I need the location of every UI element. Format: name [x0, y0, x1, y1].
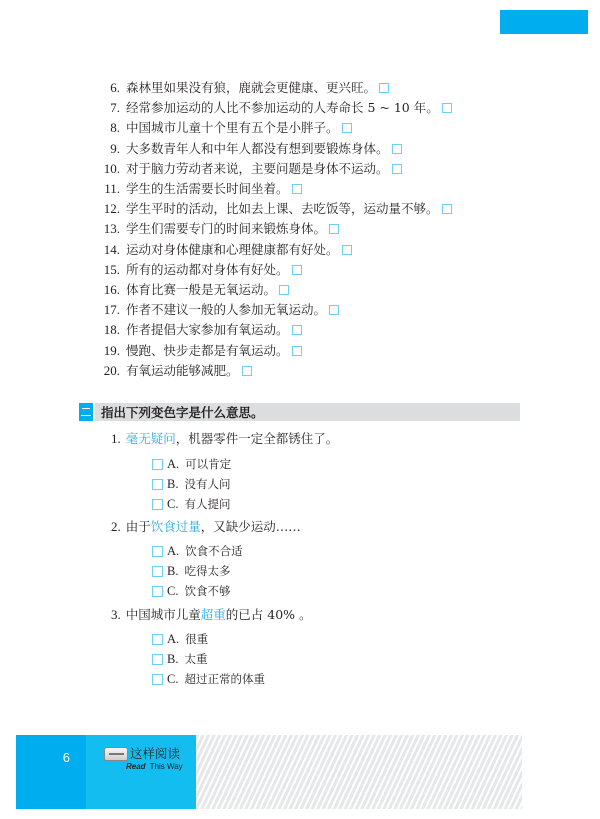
list-item: 8.中国城市儿童十个里有五个是小胖子。 [96, 118, 452, 138]
question-1: 1.毫无疑问，机器零件一定全都锈住了。 [111, 429, 338, 447]
list-item: 14.运动对身体健康和心理健康都有好处。 [96, 240, 452, 260]
option-a[interactable]: A.很重 [152, 631, 208, 647]
page-footer: 6 这样阅读 Read This Way [16, 735, 522, 809]
option-checkbox[interactable] [152, 674, 163, 685]
answer-checkbox[interactable] [242, 366, 252, 376]
option-checkbox[interactable] [152, 459, 163, 470]
answer-checkbox[interactable] [342, 245, 352, 255]
answer-checkbox[interactable] [379, 83, 389, 93]
option-a[interactable]: A.饮食不合适 [152, 543, 243, 559]
option-b[interactable]: B.太重 [152, 651, 207, 667]
list-item: 15.所有的运动都对身体有好处。 [96, 260, 452, 280]
option-checkbox[interactable] [152, 654, 163, 665]
answer-checkbox[interactable] [292, 346, 302, 356]
option-c[interactable]: C.超过正常的体重 [152, 671, 265, 687]
option-checkbox[interactable] [152, 566, 163, 577]
answer-checkbox[interactable] [442, 103, 452, 113]
answer-checkbox[interactable] [292, 184, 302, 194]
list-item: 9.大多数青年人和中年人都没有想到要锻炼身体。 [96, 139, 452, 159]
option-b[interactable]: B.吃得太多 [152, 563, 230, 579]
list-item: 11.学生的生活需要长时间坐着。 [96, 179, 452, 199]
answer-checkbox[interactable] [442, 204, 452, 214]
option-checkbox[interactable] [152, 479, 163, 490]
answer-checkbox[interactable] [392, 164, 402, 174]
list-item: 13.学生们需要专门的时间来锻炼身体。 [96, 219, 452, 239]
option-checkbox[interactable] [152, 634, 163, 645]
list-item: 10.对于脑力劳动者来说，主要问题是身体不运动。 [96, 159, 452, 179]
question-3: 3.中国城市儿童超重的已占 40% 。 [111, 605, 312, 623]
list-item: 7.经常参加运动的人比不参加运动的人寿命长 5 ~ 10 年。 [96, 98, 452, 118]
answer-checkbox[interactable] [329, 305, 339, 315]
top-color-tab [500, 10, 588, 34]
section-title: 指出下列变色字是什么意思。 [95, 403, 520, 421]
brand-title-cn: 这样阅读 [130, 744, 180, 762]
true-false-list: 6.森林里如果没有狼，鹿就会更健康、更兴旺。 7.经常参加运动的人比不参加运动的… [96, 78, 452, 381]
answer-checkbox[interactable] [292, 325, 302, 335]
answer-checkbox[interactable] [279, 285, 289, 295]
question-2: 2.由于饮食过量，又缺少运动…… [111, 517, 301, 535]
option-checkbox[interactable] [152, 546, 163, 557]
answer-checkbox[interactable] [292, 265, 302, 275]
answer-checkbox[interactable] [392, 144, 402, 154]
list-item: 19.慢跑、快步走都是有氧运动。 [96, 340, 452, 360]
list-item: 16.体育比赛一般是无氧运动。 [96, 280, 452, 300]
answer-checkbox[interactable] [329, 224, 339, 234]
section-number-badge [79, 403, 93, 421]
series-brand: 这样阅读 Read This Way [86, 735, 196, 809]
list-item: 20.有氧运动能够减肥。 [96, 361, 452, 381]
option-checkbox[interactable] [152, 586, 163, 597]
list-item: 12.学生平时的活动，比如去上课、去吃饭等，运动量不够。 [96, 199, 452, 219]
highlighted-term: 毫无疑问 [126, 431, 176, 446]
list-item: 17.作者不建议一般的人参加无氧运动。 [96, 300, 452, 320]
decorative-hatch [196, 735, 522, 809]
answer-checkbox[interactable] [342, 123, 352, 133]
option-b[interactable]: B.没有人问 [152, 476, 230, 492]
book-key-icon [104, 747, 128, 761]
section-header: 指出下列变色字是什么意思。 [79, 403, 520, 421]
page-number: 6 [16, 735, 86, 809]
list-item: 18.作者提倡大家参加有氧运动。 [96, 320, 452, 340]
option-c[interactable]: C.有人提问 [152, 496, 230, 512]
option-a[interactable]: A.可以肯定 [152, 456, 231, 472]
brand-title-en: Read This Way [126, 762, 183, 771]
highlighted-term: 饮食过量 [151, 519, 201, 534]
list-item: 6.森林里如果没有狼，鹿就会更健康、更兴旺。 [96, 78, 452, 98]
highlighted-term: 超重 [201, 607, 226, 622]
option-c[interactable]: C.饮食不够 [152, 583, 230, 599]
option-checkbox[interactable] [152, 499, 163, 510]
